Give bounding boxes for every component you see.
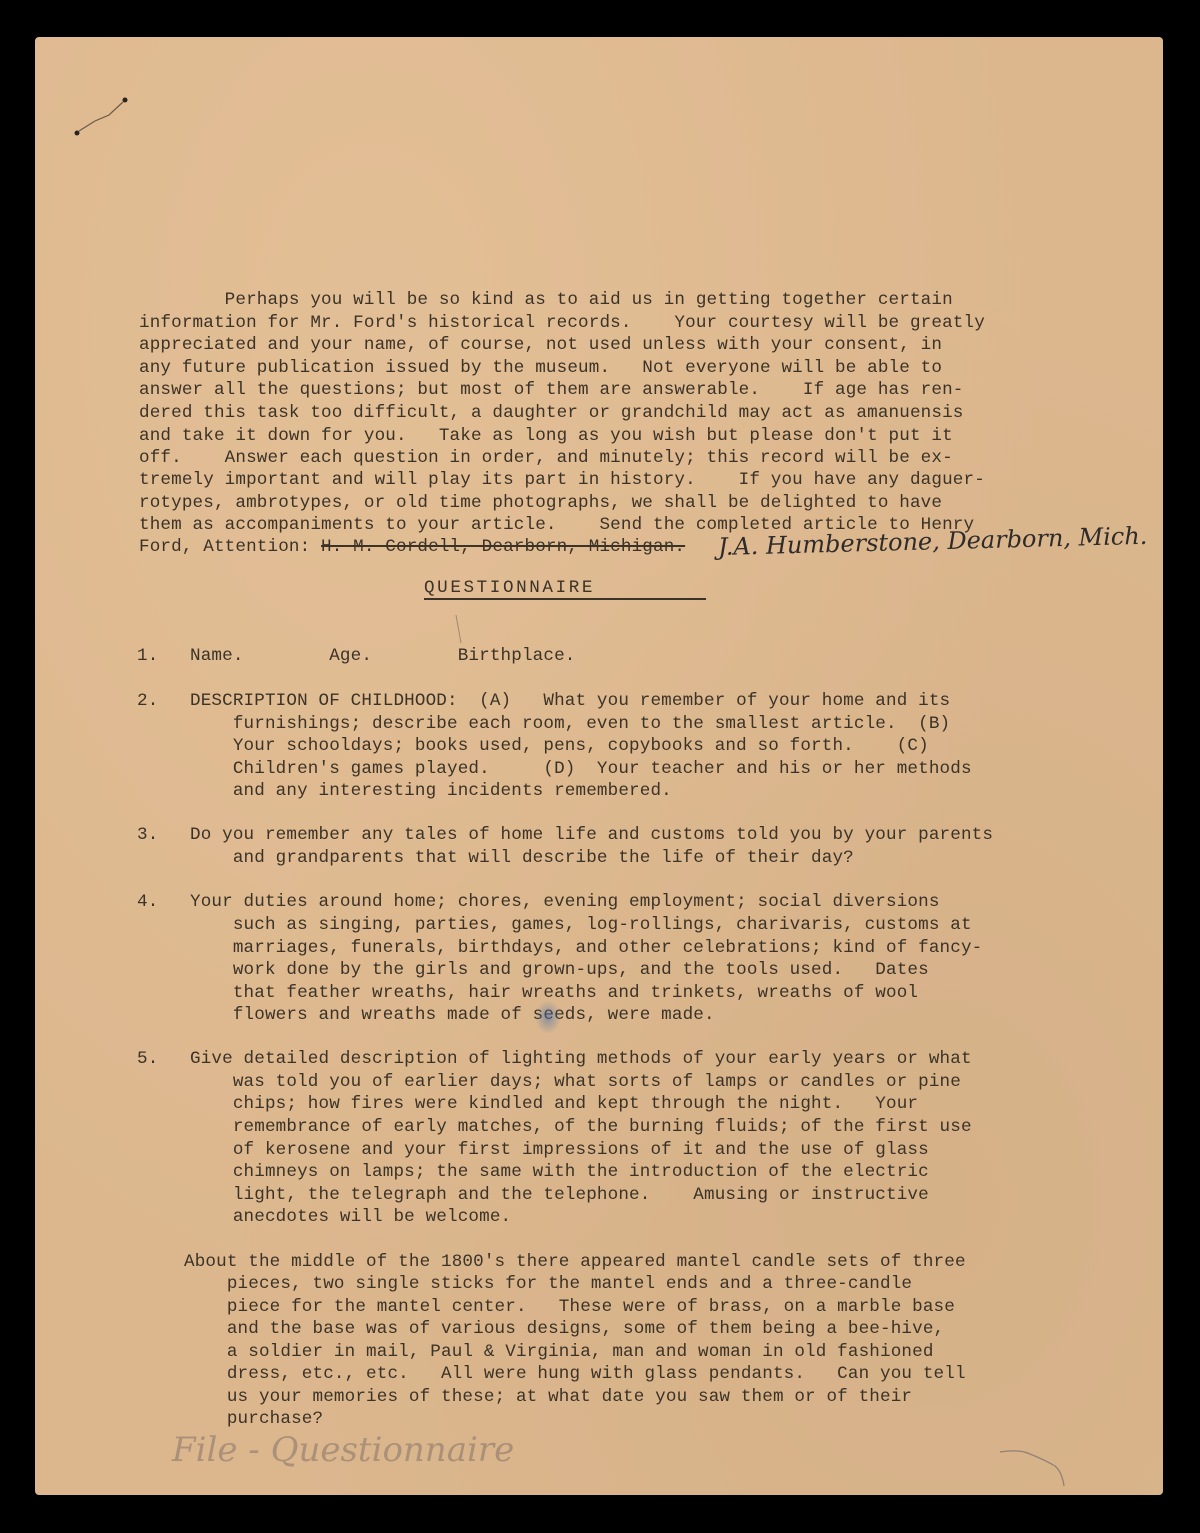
pencil-file-note: File - Questionnaire <box>172 1430 514 1470</box>
intro-line: and take it down for you. Take as long a… <box>139 425 953 447</box>
question-number: 2. <box>137 690 158 712</box>
question-line: chimneys on lamps; the same with the int… <box>190 1161 929 1183</box>
question-line: marriages, funerals, birthdays, and othe… <box>190 937 982 959</box>
question-line: chips; how fires were kindled and kept t… <box>190 1093 918 1115</box>
question-line: Do you remember any tales of home life a… <box>190 824 993 846</box>
question-line: light, the telegraph and the telephone. … <box>190 1184 929 1206</box>
intro-line: tremely important and will play its part… <box>139 469 985 491</box>
question-line: of kerosene and your first impressions o… <box>190 1139 929 1161</box>
question-line: Give detailed description of lighting me… <box>190 1048 972 1070</box>
intro-line: answer all the questions; but most of th… <box>139 379 964 401</box>
question-line: remembrance of early matches, of the bur… <box>190 1116 972 1138</box>
closing-line: a soldier in mail, Paul & Virginia, man … <box>184 1341 934 1363</box>
intro-line: Perhaps you will be so kind as to aid us… <box>139 289 953 311</box>
intro-line: any future publication issued by the mus… <box>139 357 942 379</box>
question-line: Your duties around home; chores, evening… <box>190 891 940 913</box>
question-line: such as singing, parties, games, log-rol… <box>190 914 972 936</box>
attention-prefix: Ford, Attention: <box>139 537 321 557</box>
closing-line: piece for the mantel center. These were … <box>184 1296 955 1318</box>
question-line: and any interesting incidents remembered… <box>190 780 672 802</box>
question-line: was told you of earlier days; what sorts… <box>190 1071 961 1093</box>
attention-line: Ford, Attention: H. M. Cordell, Dearborn… <box>139 536 685 558</box>
question-line: work done by the girls and grown-ups, an… <box>190 959 929 981</box>
intro-line: off. Answer each question in order, and … <box>139 447 953 469</box>
closing-line: purchase? <box>184 1408 323 1430</box>
questionnaire-heading: QUESTIONNAIRE <box>424 578 595 598</box>
closing-line: and the base was of various designs, som… <box>184 1318 944 1340</box>
intro-line: appreciated and your name, of course, no… <box>139 334 942 356</box>
question-line: DESCRIPTION OF CHILDHOOD: (A) What you r… <box>190 690 950 712</box>
question-number: 5. <box>137 1048 158 1070</box>
pin-hole-mark <box>65 95 135 140</box>
question-line: anecdotes will be welcome. <box>190 1206 511 1228</box>
closing-line: About the middle of the 1800's there app… <box>184 1251 966 1273</box>
question-line: furnishings; describe each room, even to… <box>190 713 950 735</box>
closing-line: dress, etc., etc. All were hung with gla… <box>184 1363 966 1385</box>
question-line: Name. Age. Birthplace. <box>190 645 576 667</box>
question-line: flowers and wreaths made of seeds, were … <box>190 1004 715 1026</box>
intro-line: information for Mr. Ford's historical re… <box>139 312 985 334</box>
heading-underline <box>424 598 706 600</box>
closing-line: pieces, two single sticks for the mantel… <box>184 1273 912 1295</box>
question-line: Children's games played. (D) Your teache… <box>190 758 972 780</box>
intro-line: rotypes, ambrotypes, or old time photogr… <box>139 492 942 514</box>
ink-stain <box>535 1000 561 1034</box>
struck-address: H. M. Cordell, Dearborn, Michigan. <box>321 537 685 557</box>
question-number: 3. <box>137 824 158 846</box>
pencil-tick-mark <box>455 615 463 645</box>
intro-line: dered this task too difficult, a daughte… <box>139 402 964 424</box>
closing-line: us your memories of these; at what date … <box>184 1386 912 1408</box>
pencil-squiggle-mark <box>1000 1448 1070 1488</box>
question-line: and grandparents that will describe the … <box>190 847 854 869</box>
question-line: Your schooldays; books used, pens, copyb… <box>190 735 929 757</box>
question-number: 1. <box>137 645 158 667</box>
question-number: 4. <box>137 891 158 913</box>
